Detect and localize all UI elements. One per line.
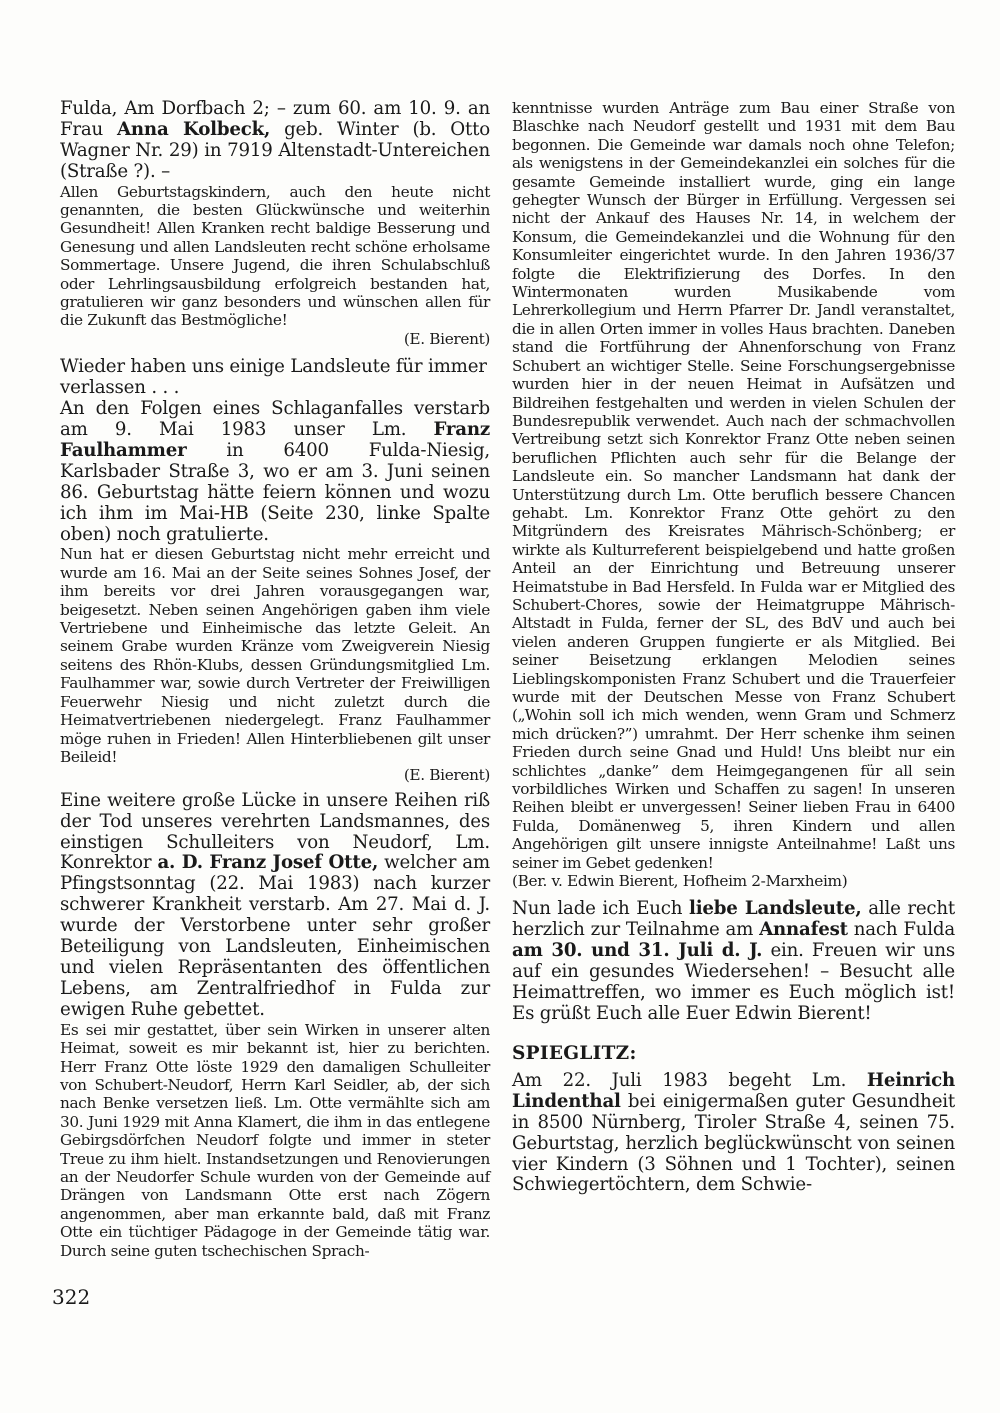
text: An den Folgen eines Schlaganfalles verst… — [60, 398, 490, 440]
person-name: a. D. Franz Josef Otte, — [157, 852, 378, 873]
paragraph-birthday-kolbeck: Fulda, Am Dorfbach 2; – zum 60. am 10. 9… — [60, 99, 490, 183]
event-date: am 30. und 31. Juli d. J. — [512, 940, 762, 961]
page-number: 322 — [52, 1285, 90, 1309]
right-column: kenntnisse wurden Anträge zum Bau einer … — [512, 99, 955, 1196]
paragraph-otte-biography-continued: kenntnisse wurden Anträge zum Bau einer … — [512, 99, 955, 872]
text: nach Fulda — [848, 919, 955, 940]
paragraph-faulhammer-funeral: Nun hat er diesen Geburtstag nicht mehr … — [60, 545, 490, 766]
signature: (E. Bierent) — [60, 330, 490, 348]
paragraph-otte-biography: Es sei mir gestattet, über sein Wirken i… — [60, 1021, 490, 1260]
signature: (Ber. v. Edwin Bierent, Hofheim 2-Marxhe… — [512, 872, 955, 890]
paragraph-intro-deaths: Wieder haben uns einige Landsleute für i… — [60, 357, 490, 399]
signature: (E. Bierent) — [60, 766, 490, 784]
text: Nun lade ich Euch — [512, 898, 689, 919]
paragraph-lindenthal: Am 22. Juli 1983 begeht Lm. Heinrich Lin… — [512, 1071, 955, 1196]
paragraph-otte-death: Eine weitere große Lücke in unsere Reihe… — [60, 791, 490, 1021]
event-name: Annafest — [759, 919, 848, 940]
text: welcher am Pfingstsonntag (22. Mai 1983)… — [60, 852, 490, 1019]
paragraph-greetings: Allen Geburtstagskindern, auch den heute… — [60, 183, 490, 330]
left-column: Fulda, Am Dorfbach 2; – zum 60. am 10. 9… — [60, 99, 490, 1260]
section-heading-spieglitz: SPIEGLITZ: — [512, 1043, 955, 1065]
emphasis: liebe Landsleute, — [689, 898, 862, 919]
text: Am 22. Juli 1983 begeht Lm. — [512, 1070, 867, 1091]
paragraph-annafest-invitation: Nun lade ich Euch liebe Landsleute, alle… — [512, 899, 955, 1024]
paragraph-faulhammer: An den Folgen eines Schlaganfalles verst… — [60, 399, 490, 545]
person-name: Anna Kolbeck, — [117, 119, 270, 140]
